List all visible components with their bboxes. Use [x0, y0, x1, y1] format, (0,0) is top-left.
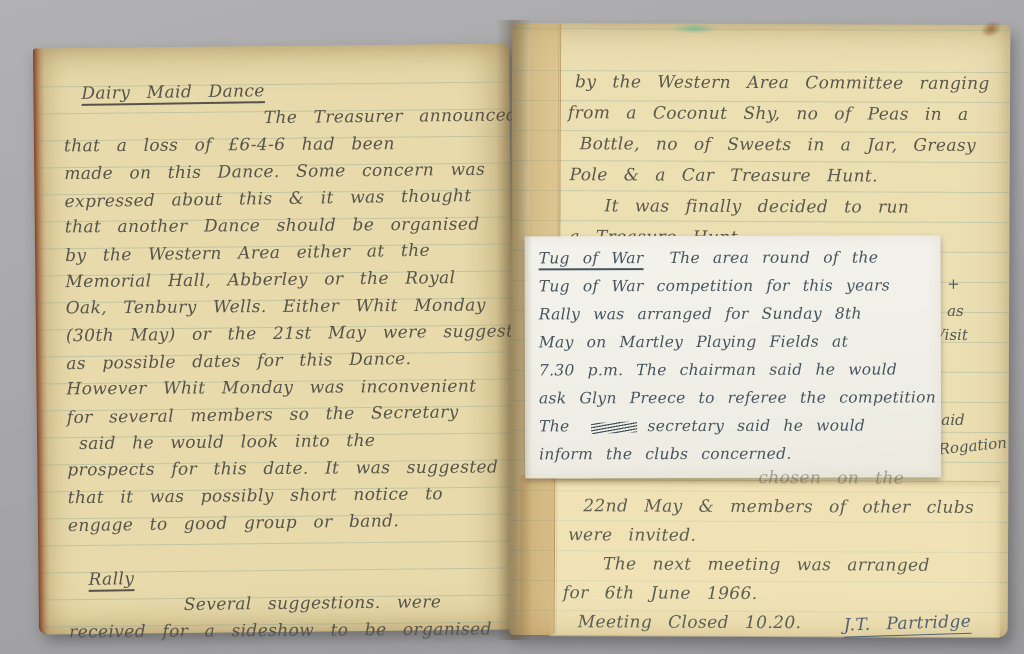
meeting-closed-text: Meeting Closed 10.20. [578, 612, 802, 633]
handwritten-line: Several suggestions. were [69, 589, 509, 621]
partially-hidden-line: chosen on the [548, 463, 974, 494]
right-page-bottom-text: chosen on the 22nd May & members of othe… [548, 463, 975, 639]
notebook-photo: Dairy Maid Dance The Treasurer announced… [0, 0, 1024, 654]
scribbled-out-word [591, 421, 637, 434]
handwritten-line: 7.30 p.m. The chairman said he would [539, 355, 929, 384]
heading-tug-of-war: Tug of War [539, 249, 644, 267]
green-stain [670, 24, 718, 34]
handwritten-line: said he would look into the [67, 427, 507, 459]
handwritten-line: Bottle, no of Sweets in a Jar, Greasy [540, 129, 990, 162]
handwritten-line: 22nd May & members of other clubs [548, 492, 974, 523]
handwritten-line: The next meeting was arranged [548, 550, 974, 581]
left-page-text: Dairy Maid Dance The Treasurer announced… [63, 76, 509, 648]
line-end: secretary said he would [647, 417, 865, 436]
handwritten-line: Rally was arranged for Sunday 8th [539, 299, 929, 328]
page-fore-edge [33, 48, 50, 634]
hidden-text-fragment: + [947, 275, 960, 293]
left-page: Dairy Maid Dance The Treasurer announced… [33, 44, 515, 635]
right-page-top-text: by the Western Area Committee ranging fr… [539, 67, 989, 255]
handwritten-line: Oak, Tenbury Wells. Either Whit Monday [66, 292, 506, 322]
handwritten-line: by the Western Area Committee ranging [540, 67, 990, 100]
handwritten-line: ask Glyn Preece to referee the competiti… [539, 383, 929, 412]
handwritten-line: for 6th June 1966. [548, 579, 974, 610]
handwritten-line: Pole & a Car Treasure Hunt. [540, 160, 990, 193]
handwritten-line-with-scribble: Thesecretary said he would [539, 411, 929, 440]
handwritten-line: that a loss of £6-4-6 had been [64, 130, 504, 160]
handwritten-line: The area round of the [670, 249, 879, 268]
handwritten-line: Tug of War competition for this years [539, 271, 929, 300]
hidden-text-fragment: Rogation [938, 434, 1008, 459]
handwritten-line: from a Coconut Shy, no of Peas in a [540, 98, 990, 131]
pasted-note-tug-of-war: Tug of WarThe area round of the Tug of W… [525, 235, 942, 478]
signature: J.T. Partridge [843, 608, 971, 641]
line-start: The [539, 417, 569, 435]
worn-corner [978, 17, 1005, 41]
handwritten-line: prospects for this date. It was suggeste… [67, 454, 507, 484]
hidden-text-fragment: as [947, 302, 964, 320]
handwritten-line: Memorial Hall, Abberley or the Royal [65, 265, 505, 297]
right-page: by the Western Area Committee ranging fr… [510, 23, 1011, 637]
handwritten-line: were invited. [548, 521, 974, 552]
handwritten-line: May on Martley Playing Fields at [539, 327, 929, 356]
handwritten-line: received for a sideshow to be organised [69, 616, 509, 646]
handwritten-line: It was finally decided to run [539, 191, 989, 224]
handwritten-line: The Treasurer announced [64, 103, 504, 135]
closing-line: Meeting Closed 10.20.J.T. Partridge [548, 608, 974, 639]
